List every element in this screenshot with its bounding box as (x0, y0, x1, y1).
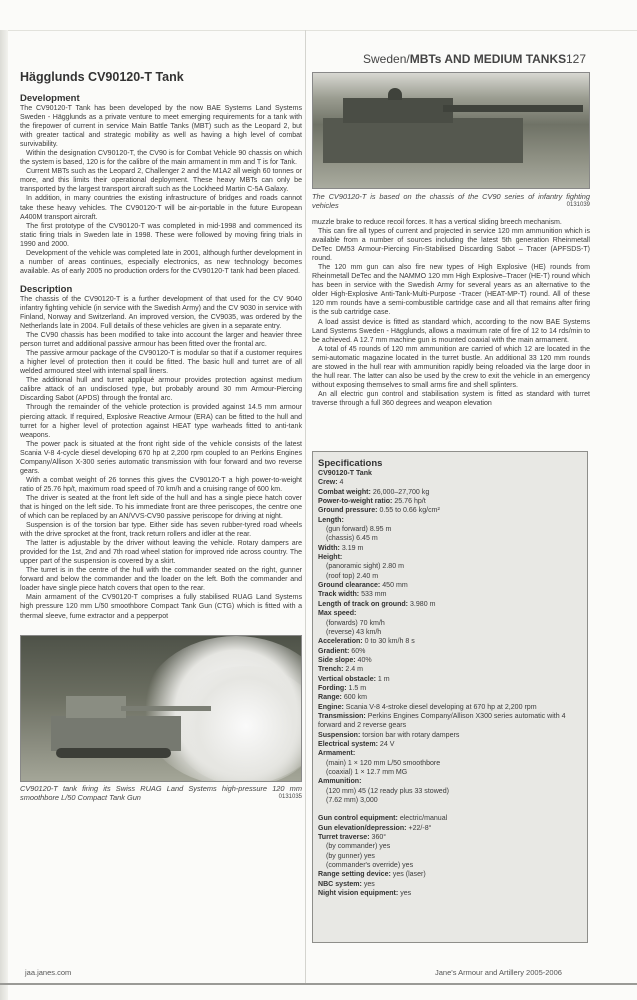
running-head-country: Sweden/ (363, 52, 410, 66)
spec-value: 3.980 m (408, 601, 435, 608)
spec-value: 3.19 m (340, 545, 364, 552)
paragraph: Main armament of the CV90120-T comprises… (20, 593, 302, 620)
spec-row: (gun forward) 8.95 m (318, 525, 583, 534)
spec-row: Width: 3.19 m (318, 544, 583, 553)
paragraph: Current MBTs such as the Leopard 2, Chal… (20, 167, 302, 194)
spec-row: Length of track on ground: 3.980 m (318, 600, 583, 609)
paragraph: The turret is in the centre of the hull … (20, 566, 302, 593)
spec-row: (panoramic sight) 2.80 m (318, 562, 583, 571)
paragraph: The chassis of the CV90120-T is a furthe… (20, 295, 302, 331)
paragraph: The latter is adjustable by the driver w… (20, 539, 302, 566)
paragraph: muzzle brake to reduce recoil forces. It… (312, 218, 590, 227)
tank-sight-shape (388, 88, 402, 100)
spec-value: (commander's override) yes (326, 862, 413, 869)
spec-value: 24 V (378, 741, 394, 748)
spec-key: Side slope: (318, 657, 356, 664)
spec-row: (coaxial) 1 × 12.7 mm MG (318, 768, 583, 777)
spec-row: Armament: (318, 749, 583, 758)
spec-row: (7.62 mm) 3,000 (318, 796, 583, 805)
spec-row: Side slope: 40% (318, 656, 583, 665)
paragraph: The power pack is situated at the front … (20, 440, 302, 476)
spec-row: Combat weight: 26,000–27,700 kg (318, 488, 583, 497)
paragraph: The driver is seated at the front left s… (20, 494, 302, 521)
paragraph: The passive armour package of the CV9012… (20, 349, 302, 376)
spec-value: yes (398, 890, 411, 897)
spec-value: 533 mm (359, 591, 386, 598)
spec-key: Max speed: (318, 610, 356, 617)
spec-value: (chassis) 6.45 m (326, 535, 378, 542)
spec-value: torsion bar with rotary dampers (360, 732, 459, 739)
tank-top-photo (312, 72, 590, 189)
spec-row: Acceleration: 0 to 30 km/h 8 s (318, 637, 583, 646)
column-divider (305, 30, 306, 985)
spec-value: yes (362, 881, 375, 888)
running-head: Sweden/MBTs AND MEDIUM TANKS (363, 52, 566, 66)
spec-value: (120 mm) 45 (12 ready plus 33 stowed) (326, 788, 449, 795)
spec-value: 40% (356, 657, 372, 664)
paragraph: A load assist device is fitted as standa… (312, 318, 590, 345)
spec-value: (roof top) 2.40 m (326, 573, 378, 580)
spec-row: Gun control equipment: electric/manual (318, 814, 583, 823)
spec-key: Armament: (318, 750, 355, 757)
spec-row: Ground pressure: 0.55 to 0.66 kg/cm² (318, 506, 583, 515)
spec-row: Ammunition: (318, 777, 583, 786)
spec-key: Combat weight: (318, 489, 371, 496)
spec-key: Night vision equipment: (318, 890, 398, 897)
spec-key: Track width: (318, 591, 359, 598)
spec-key: Electrical system: (318, 741, 378, 748)
tank-turret-shape (66, 696, 126, 718)
spec-value: 4 (338, 479, 344, 486)
bottom-photo-code: 0131035 (279, 793, 302, 802)
spec-row: Range setting device: yes (laser) (318, 870, 583, 879)
spec-row: (forwards) 70 km/h (318, 619, 583, 628)
spec-value: Scania V-8 4-stroke diesel developing at… (344, 704, 537, 711)
spec-row: Turret traverse: 360° (318, 833, 583, 842)
spec-key: Length: (318, 517, 344, 524)
running-head-section: MBTs AND MEDIUM TANKS (410, 52, 566, 66)
spec-key: NBC system: (318, 881, 362, 888)
tank-gun-barrel-shape (121, 706, 211, 711)
spec-row: Height: (318, 553, 583, 562)
spec-value: 600 km (342, 694, 367, 701)
spec-row: Max speed: (318, 609, 583, 618)
tank-track-shape (56, 748, 171, 758)
spec-value: (gun forward) 8.95 m (326, 526, 391, 533)
spec-row: (reverse) 43 km/h (318, 628, 583, 637)
spec-row: (main) 1 × 120 mm L/50 smoothbore (318, 759, 583, 768)
spec-value: 360° (370, 834, 387, 841)
top-photo-caption-text: The CV90120-T is based on the chassis of… (312, 192, 590, 210)
spec-key: Length of track on ground: (318, 601, 408, 608)
article-title: Hägglunds CV90120-T Tank (20, 70, 302, 84)
spec-row: Gun elevation/depression: +22/-8° (318, 824, 583, 833)
spec-value: (forwards) 70 km/h (326, 620, 385, 627)
spec-row: (chassis) 6.45 m (318, 534, 583, 543)
paragraph: The 120 mm gun can also fire new types o… (312, 263, 590, 317)
spec-value: (by commander) yes (326, 843, 390, 850)
spec-value: (reverse) 43 km/h (326, 629, 381, 636)
spec-value: 60% (349, 648, 365, 655)
spec-key: Ground pressure: (318, 507, 378, 514)
spec-key: Ground clearance: (318, 582, 380, 589)
spec-key: Transmission: (318, 713, 366, 720)
spec-row: Gradient: 60% (318, 647, 583, 656)
page-bottom-edge (0, 983, 637, 985)
paragraph: Within the designation CV90120-T, the CV… (20, 149, 302, 167)
spec-row: Crew: 4 (318, 478, 583, 487)
spec-value: (coaxial) 1 × 12.7 mm MG (326, 769, 407, 776)
spec-key: Gun elevation/depression: (318, 825, 407, 832)
top-photo-caption: The CV90120-T is based on the chassis of… (312, 192, 590, 210)
spec-key: Turret traverse: (318, 834, 370, 841)
page-binding-edge (0, 30, 8, 1000)
spec-row: Track width: 533 mm (318, 590, 583, 599)
spec-key: Width: (318, 545, 340, 552)
spec-value: 450 mm (380, 582, 407, 589)
spec-key: Gradient: (318, 648, 349, 655)
spec-row: Length: (318, 516, 583, 525)
specifications-box: Specifications CV90120-T Tank Crew: 4Com… (312, 451, 588, 943)
paragraph: Through the remainder of the vehicle pro… (20, 403, 302, 439)
paragraph: With a combat weight of 26 tonnes this g… (20, 476, 302, 494)
spec-row: NBC system: yes (318, 880, 583, 889)
spec-key: Ammunition: (318, 778, 361, 785)
spec-value: 26,000–27,700 kg (371, 489, 429, 496)
spec-key: Power-to-weight ratio: (318, 498, 392, 505)
spec-row: Power-to-weight ratio: 25.76 hp/t (318, 497, 583, 506)
spec-row: (by commander) yes (318, 842, 583, 851)
description-heading: Description (20, 284, 302, 295)
spec-row: Range: 600 km (318, 693, 583, 702)
spec-value: 1 m (376, 676, 390, 683)
description-continued-body: muzzle brake to reduce recoil forces. It… (312, 218, 590, 408)
spec-row: Ground clearance: 450 mm (318, 581, 583, 590)
spec-value: 25.76 hp/t (392, 498, 425, 505)
spec-value: (7.62 mm) 3,000 (326, 797, 378, 804)
footer-website: jaa.janes.com (25, 968, 71, 977)
spec-row: Suspension: torsion bar with rotary damp… (318, 731, 583, 740)
paragraph: The CV90120-T Tank has been developed by… (20, 104, 302, 149)
tank-firing-photo (20, 635, 302, 782)
specifications-model: CV90120-T Tank (318, 470, 372, 477)
spec-key: Fording: (318, 685, 347, 692)
paragraph: The CV90 chassis has been modified to ta… (20, 331, 302, 349)
spec-row: Engine: Scania V-8 4-stroke diesel devel… (318, 703, 583, 712)
paragraph: The first prototype of the CV90120-T was… (20, 222, 302, 249)
spec-value: 1.5 m (347, 685, 367, 692)
right-column: The CV90120-T is based on the chassis of… (312, 70, 590, 408)
spec-key: Range setting device: (318, 871, 391, 878)
spec-value: electric/manual (398, 815, 447, 822)
spec-row: Trench: 2.4 m (318, 665, 583, 674)
specifications-heading: Specifications (318, 458, 583, 469)
spec-key: Range: (318, 694, 342, 701)
paragraph: Development of the vehicle was completed… (20, 249, 302, 276)
spec-row: Fording: 1.5 m (318, 684, 583, 693)
spec-row: (roof top) 2.40 m (318, 572, 583, 581)
spec-key: Acceleration: (318, 638, 363, 645)
development-heading: Development (20, 93, 302, 104)
spec-value: (by gunner) yes (326, 853, 375, 860)
spec-row: (by gunner) yes (318, 852, 583, 861)
spec-row: (120 mm) 45 (12 ready plus 33 stowed) (318, 787, 583, 796)
tank-gun-barrel-shape (443, 105, 583, 112)
spec-key: Vertical obstacle: (318, 676, 376, 683)
spec-value: (panoramic sight) 2.80 m (326, 563, 404, 570)
spec-value: +22/-8° (407, 825, 432, 832)
paragraph: The additional hull and turret appliqué … (20, 376, 302, 403)
spec-row: Vertical obstacle: 1 m (318, 675, 583, 684)
spec-value: (main) 1 × 120 mm L/50 smoothbore (326, 760, 440, 767)
spec-value: 2.4 m (343, 666, 363, 673)
spec-key: Gun control equipment: (318, 815, 398, 822)
spec-row: (commander's override) yes (318, 861, 583, 870)
development-body: The CV90120-T Tank has been developed by… (20, 104, 302, 276)
page-top-edge (8, 30, 637, 31)
spec-value: 0 to 30 km/h 8 s (363, 638, 415, 645)
spec-key: Crew: (318, 479, 338, 486)
spec-gap (318, 805, 583, 814)
spec-row: Night vision equipment: yes (318, 889, 583, 898)
spec-key: Trench: (318, 666, 343, 673)
top-photo-code: 0131039 (567, 201, 590, 210)
description-body: The chassis of the CV90120-T is a furthe… (20, 295, 302, 621)
spec-row: Electrical system: 24 V (318, 740, 583, 749)
paragraph: This can fire all types of current and p… (312, 227, 590, 263)
spec-value: yes (laser) (391, 871, 426, 878)
spec-key: Engine: (318, 704, 344, 711)
spec-key: Suspension: (318, 732, 360, 739)
tank-hull-shape (51, 716, 181, 751)
bottom-photo-caption-text: CV90120-T tank firing its Swiss RUAG Lan… (20, 784, 302, 802)
spec-value: 0.55 to 0.66 kg/cm² (378, 507, 440, 514)
paragraph: In addition, in many countries the exist… (20, 194, 302, 221)
paragraph: A total of 45 rounds of 120 mm ammunitio… (312, 345, 590, 390)
bottom-photo-caption: CV90120-T tank firing its Swiss RUAG Lan… (20, 784, 302, 802)
tank-hull-shape (323, 118, 523, 163)
paragraph: An all electric gun control and stabilis… (312, 390, 590, 408)
spec-row: Transmission: Perkins Engines Company/Al… (318, 712, 583, 731)
footer-publication: Jane's Armour and Artillery 2005-2006 (435, 968, 562, 977)
paragraph: Suspension is of the torsion bar type. E… (20, 521, 302, 539)
specifications-list: Crew: 4Combat weight: 26,000–27,700 kgPo… (318, 478, 583, 898)
spec-key: Height: (318, 554, 342, 561)
page-number: 127 (566, 52, 586, 66)
left-column: Hägglunds CV90120-T Tank Development The… (20, 70, 302, 802)
tank-turret-shape (343, 98, 453, 123)
